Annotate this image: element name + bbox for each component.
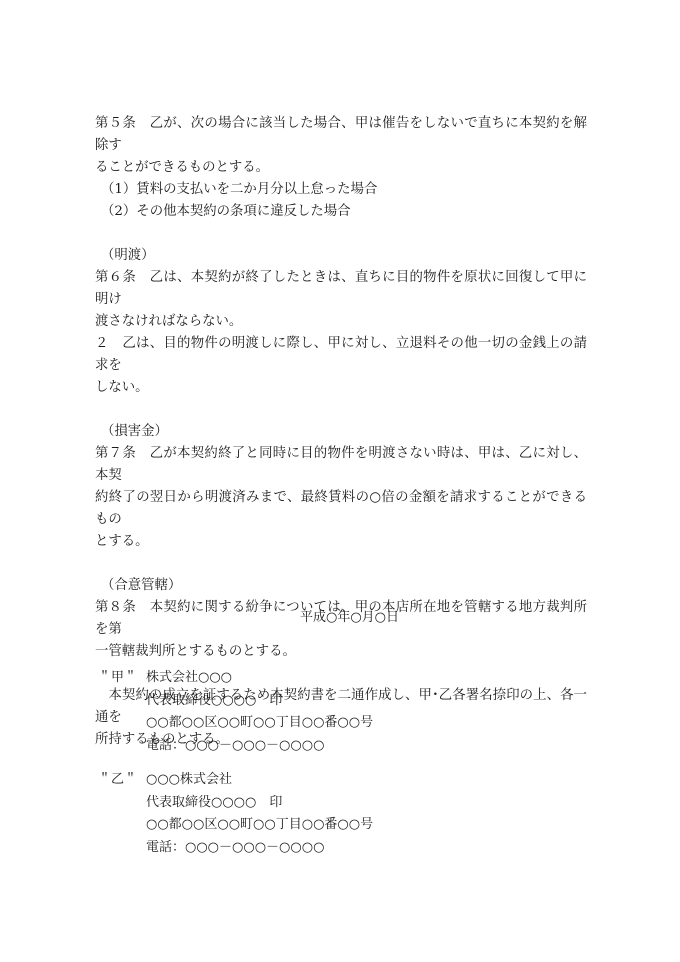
party-representative: 代表取締役○○○○ 印 (146, 792, 373, 815)
article-6-heading: （明渡） (95, 245, 587, 267)
article-7-heading: （損害金） (95, 421, 587, 443)
article-8-line-2: 一管轄裁判所とするものとする。 (95, 641, 587, 663)
article-5-line-2: ることができるものとする。 (95, 157, 587, 179)
party-address: ○○都○○区○○町○○丁目○○番○○号 (146, 814, 373, 837)
article-5-item-2: （2）その他本契約の条項に違反した場合 (95, 201, 587, 223)
article-5-item-1: （1）賃料の支払いを二か月分以上怠った場合 (95, 179, 587, 201)
party-otsu: ＂乙＂ ○○○株式会社 代表取締役○○○○ 印 ○○都○○区○○町○○丁目○○番… (98, 769, 373, 859)
party-role: ＂甲＂ (98, 667, 146, 690)
article-7: （損害金） 第７条 乙が本契約終了と同時に目的物件を明渡さない時は、甲は、乙に対… (95, 421, 587, 553)
article-6-line-3: ２ 乙は、目的物件の明渡しに際し、甲に対し、立退料その他一切の金銭上の請求を (95, 333, 587, 377)
spacer (95, 399, 587, 421)
article-5: 第５条 乙が、次の場合に該当した場合、甲は催告をしないで直ちに本契約を解除す る… (95, 113, 587, 223)
article-7-line-2: 約終了の翌日から明渡済みまで、最終賃料の○倍の金額を請求することができるもの (95, 487, 587, 531)
article-6-line-4: しない。 (95, 377, 587, 399)
article-6-line-2: 渡さなければならない。 (95, 311, 587, 333)
spacer (95, 223, 587, 245)
party-phone: 電話：○○○－○○○－○○○○ (146, 837, 373, 860)
article-7-line-3: とする。 (95, 531, 587, 553)
article-6: （明渡） 第６条 乙は、本契約が終了したときは、直ちに目的物件を原状に回復して甲… (95, 245, 587, 399)
party-address: ○○都○○区○○町○○丁目○○番○○号 (146, 712, 373, 735)
contract-date: 平成○年○月○日 (300, 607, 399, 629)
party-company: 株式会社○○○ (146, 667, 373, 690)
article-8-heading: （合意管轄） (95, 575, 587, 597)
party-kou: ＂甲＂ 株式会社○○○ 代表取締役○○○○ 印 ○○都○○区○○町○○丁目○○番… (98, 667, 373, 757)
article-7-line-1: 第７条 乙が本契約終了と同時に目的物件を明渡さない時は、甲は、乙に対し、本契 (95, 443, 587, 487)
article-6-line-1: 第６条 乙は、本契約が終了したときは、直ちに目的物件を原状に回復して甲に明け (95, 267, 587, 311)
spacer (95, 553, 587, 575)
contract-body: 第５条 乙が、次の場合に該当した場合、甲は催告をしないで直ちに本契約を解除す る… (95, 113, 587, 751)
party-representative: 代表取締役○○○○ 印 (146, 690, 373, 713)
party-phone: 電話：○○○－○○○－○○○○ (146, 735, 373, 758)
party-company: ○○○株式会社 (146, 769, 373, 792)
party-role: ＂乙＂ (98, 769, 146, 792)
article-5-line-1: 第５条 乙が、次の場合に該当した場合、甲は催告をしないで直ちに本契約を解除す (95, 113, 587, 157)
